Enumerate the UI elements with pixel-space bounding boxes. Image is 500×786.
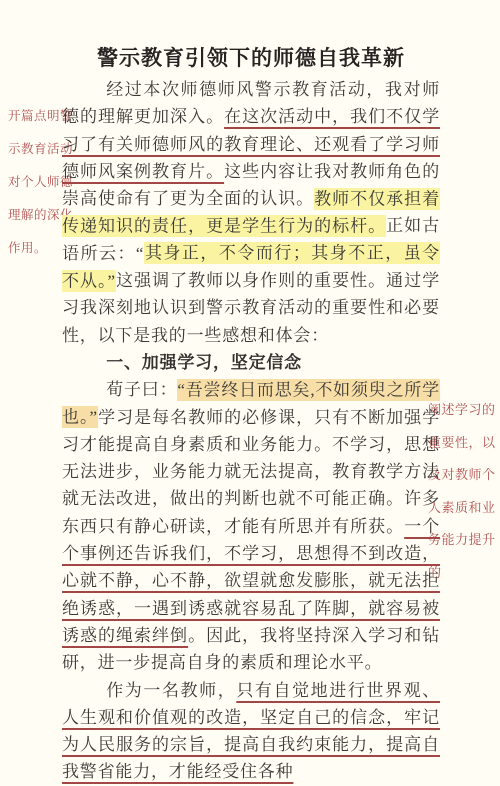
paragraph-2-text: 荀子曰： — [106, 380, 177, 399]
paragraph-1-text: 这强调了教师以身作则的重要性。通过学习我深刻地认识到警示教育活动的重要性和必要性… — [62, 271, 440, 345]
section-heading-1: 一、加强学习，坚定信念 — [62, 349, 440, 376]
paragraph-2: 荀子曰：“吾尝终日而思矣,不如须臾之所学也。”学习是每名教师的必修课，只有不断加… — [62, 376, 440, 653]
paragraph-2-text: 学习是每名教师的必修课，只有不断加强学习才能提高自身素质和业务能力。不学习，思想… — [62, 408, 440, 536]
essay-body: 经过本次师德师风警示教育活动，我对师德的理解更加深入。在这次活动中，我们不仅学习… — [62, 76, 440, 653]
paragraph-1: 经过本次师德师风警示教育活动，我对师德的理解更加深入。在这次活动中，我们不仅学习… — [62, 76, 440, 349]
page-title: 警示教育引领下的师德自我革新 — [62, 42, 440, 72]
document-page: 警示教育引领下的师德自我革新 开篇点明警示教育活动对个人师德理解的深化作用。 阐… — [0, 0, 500, 653]
